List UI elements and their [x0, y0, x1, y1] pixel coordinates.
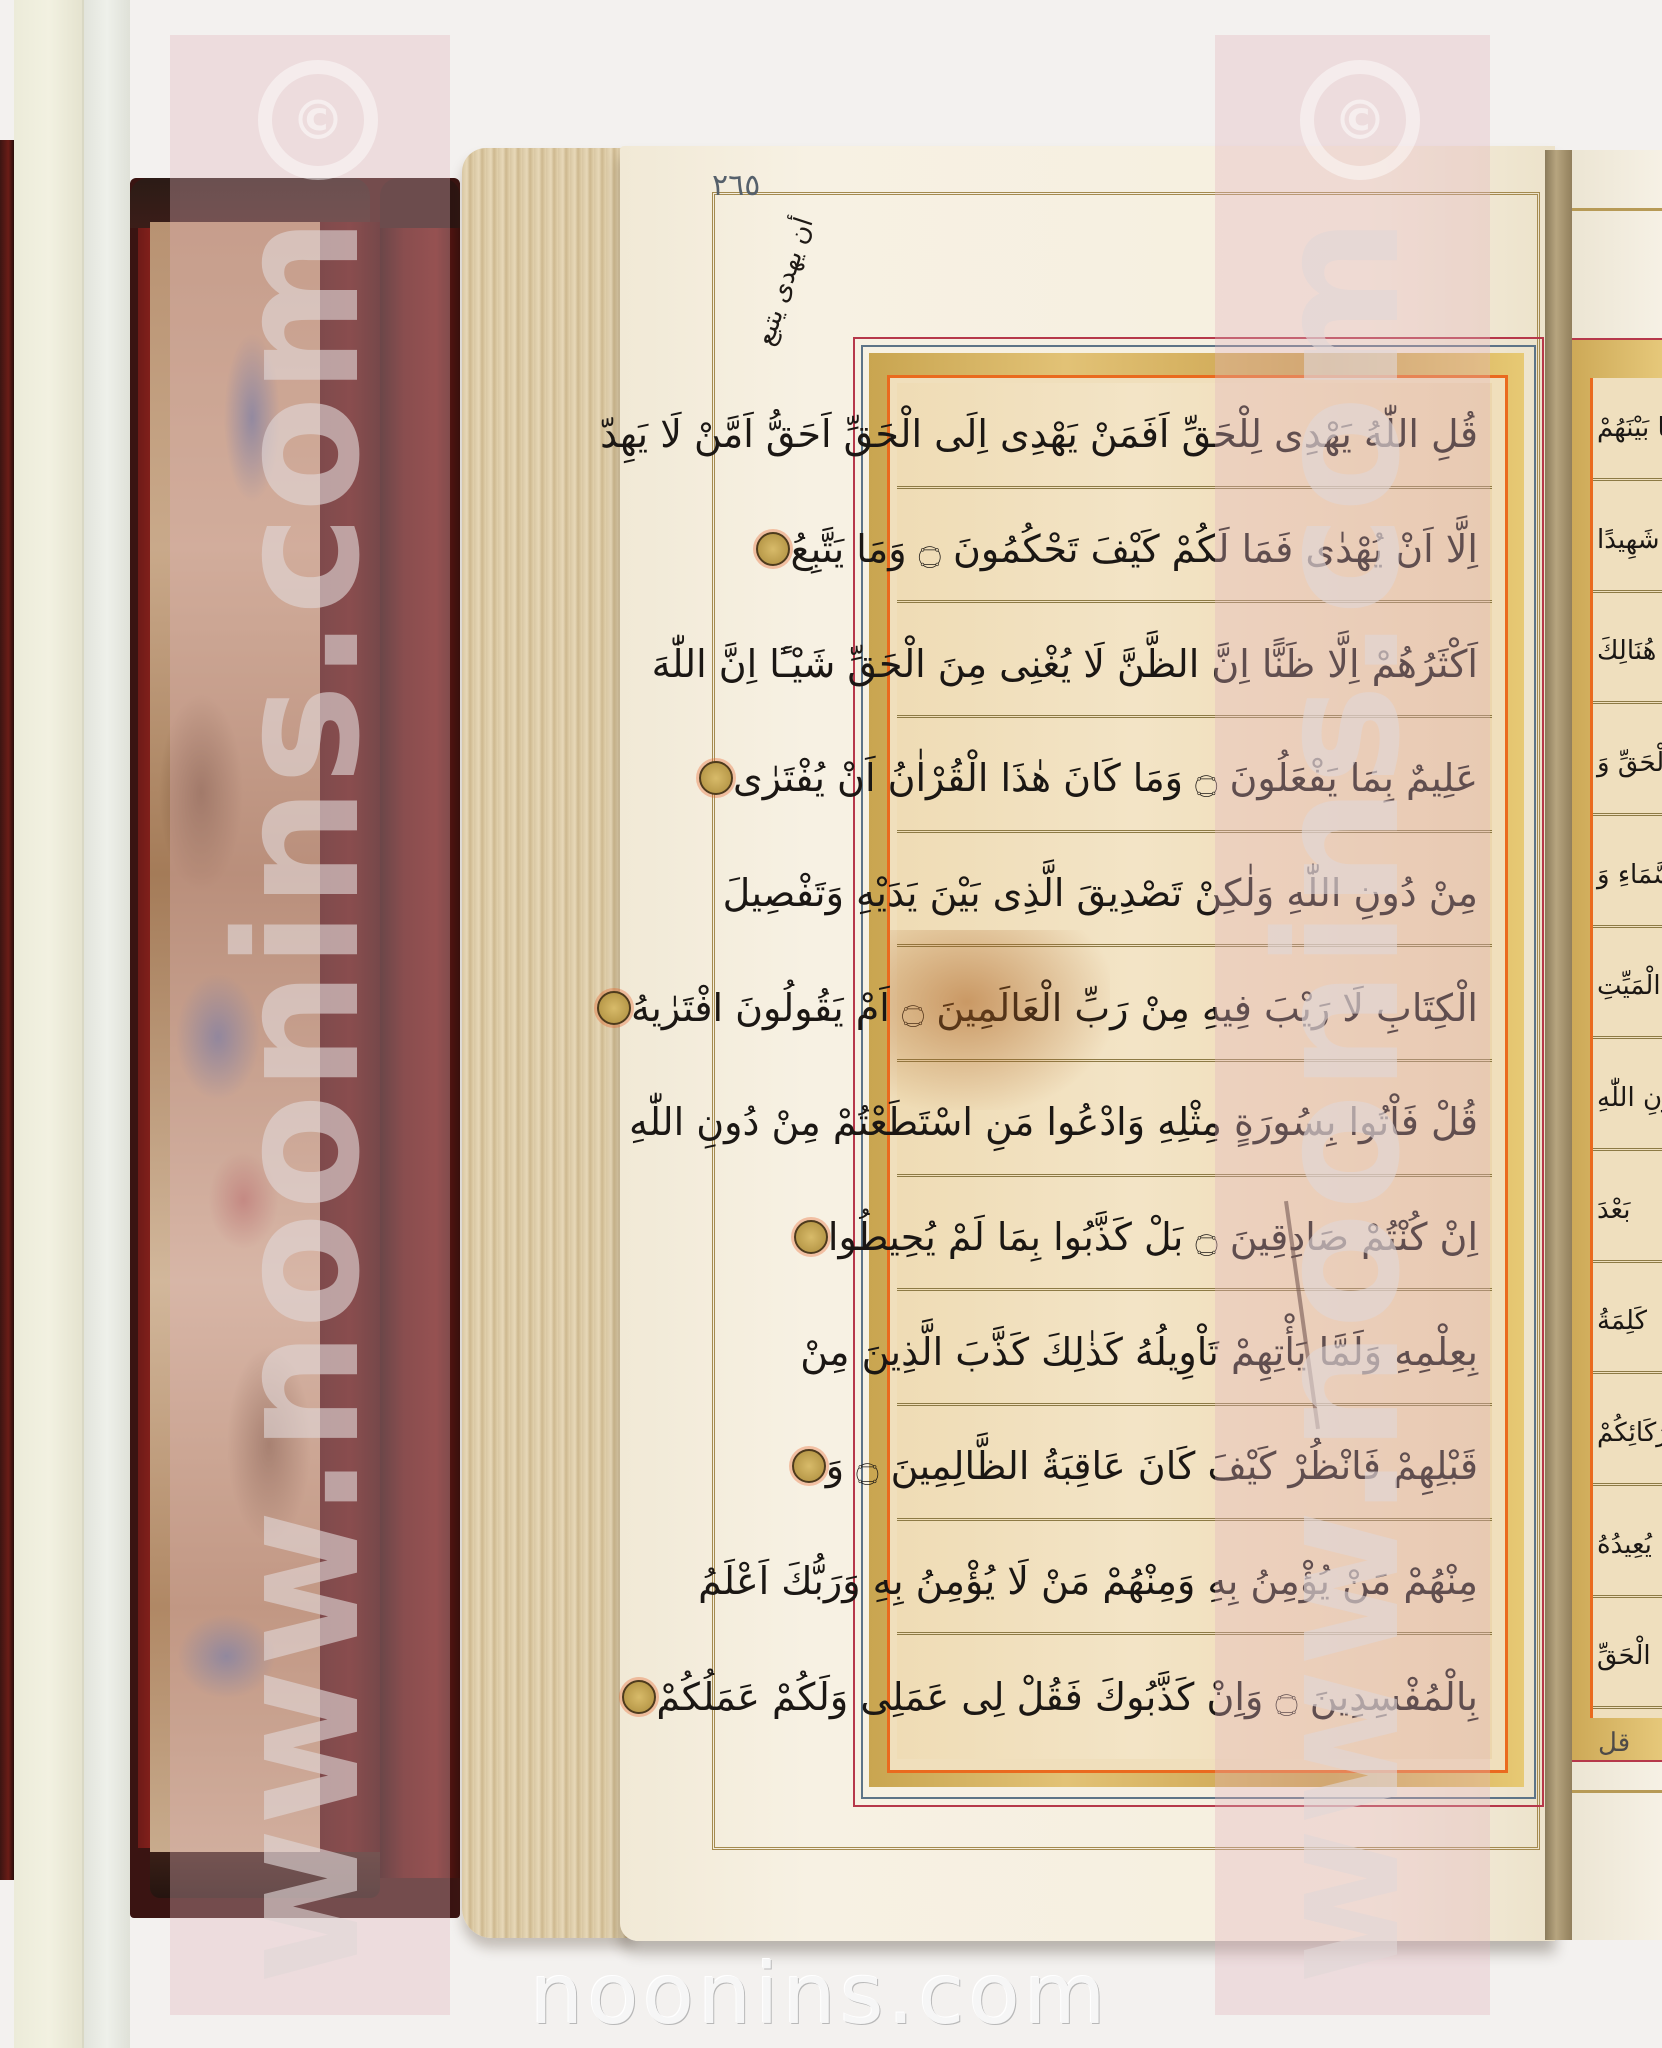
copyright-icon: ©	[1300, 60, 1420, 180]
right-page-bottom-rule	[1572, 1790, 1662, 1793]
text-line-fragment: بَعْدَ	[1593, 1160, 1662, 1263]
text-line-fragment: زَيَّلْنَا بَيْنَهُمْ	[1593, 378, 1662, 481]
ayah-marker-icon	[597, 991, 631, 1025]
text-line-fragment: كَلِمَةُ	[1593, 1271, 1662, 1374]
text-line-fragment: الْحَقِّ	[1593, 1606, 1662, 1709]
page-number: ٢٦٥	[712, 168, 760, 203]
text-line-fragment: الْحَىَّ مِنَ الْمَيِّتِ	[1593, 936, 1662, 1039]
text-line-fragment: مِنْ شُرَكَائِكُمْ	[1593, 1383, 1662, 1486]
text-line-fragment: مِنْ دُونِ اللّٰهِ	[1593, 1048, 1662, 1151]
catchword: قل	[1598, 1728, 1630, 1758]
text-line-fragment: يُعِيدُهُ	[1593, 1495, 1662, 1598]
text-line-fragment: السَّمَاءِ وَ	[1593, 825, 1662, 928]
gutter	[1545, 150, 1573, 1940]
right-text-panel: زَيَّلْنَا بَيْنَهُمْ بِاللّٰهِ شَهِيدًا…	[1590, 378, 1662, 1718]
foam-support-strip-inner	[84, 0, 130, 2048]
text-line-fragment: بِاللّٰهِ شَهِيدًا	[1593, 490, 1662, 593]
watermark-vertical-right: www.noonins.com	[1240, 215, 1438, 1985]
copyright-icon: ©	[258, 60, 378, 180]
right-page-top-rule	[1572, 208, 1662, 211]
watermark-bottom: noonins.com	[530, 1945, 1110, 2043]
watermark-vertical-left: www.noonins.com	[200, 215, 398, 1985]
ayah-marker-icon	[792, 1449, 826, 1483]
foam-support-strip	[14, 0, 84, 2048]
text-line-fragment: هُنَالِكَ	[1593, 601, 1662, 704]
ayah-marker-icon	[794, 1220, 828, 1254]
text-line-fragment: الْحَقِّ وَ	[1593, 713, 1662, 816]
back-cover-edge	[0, 140, 14, 1880]
